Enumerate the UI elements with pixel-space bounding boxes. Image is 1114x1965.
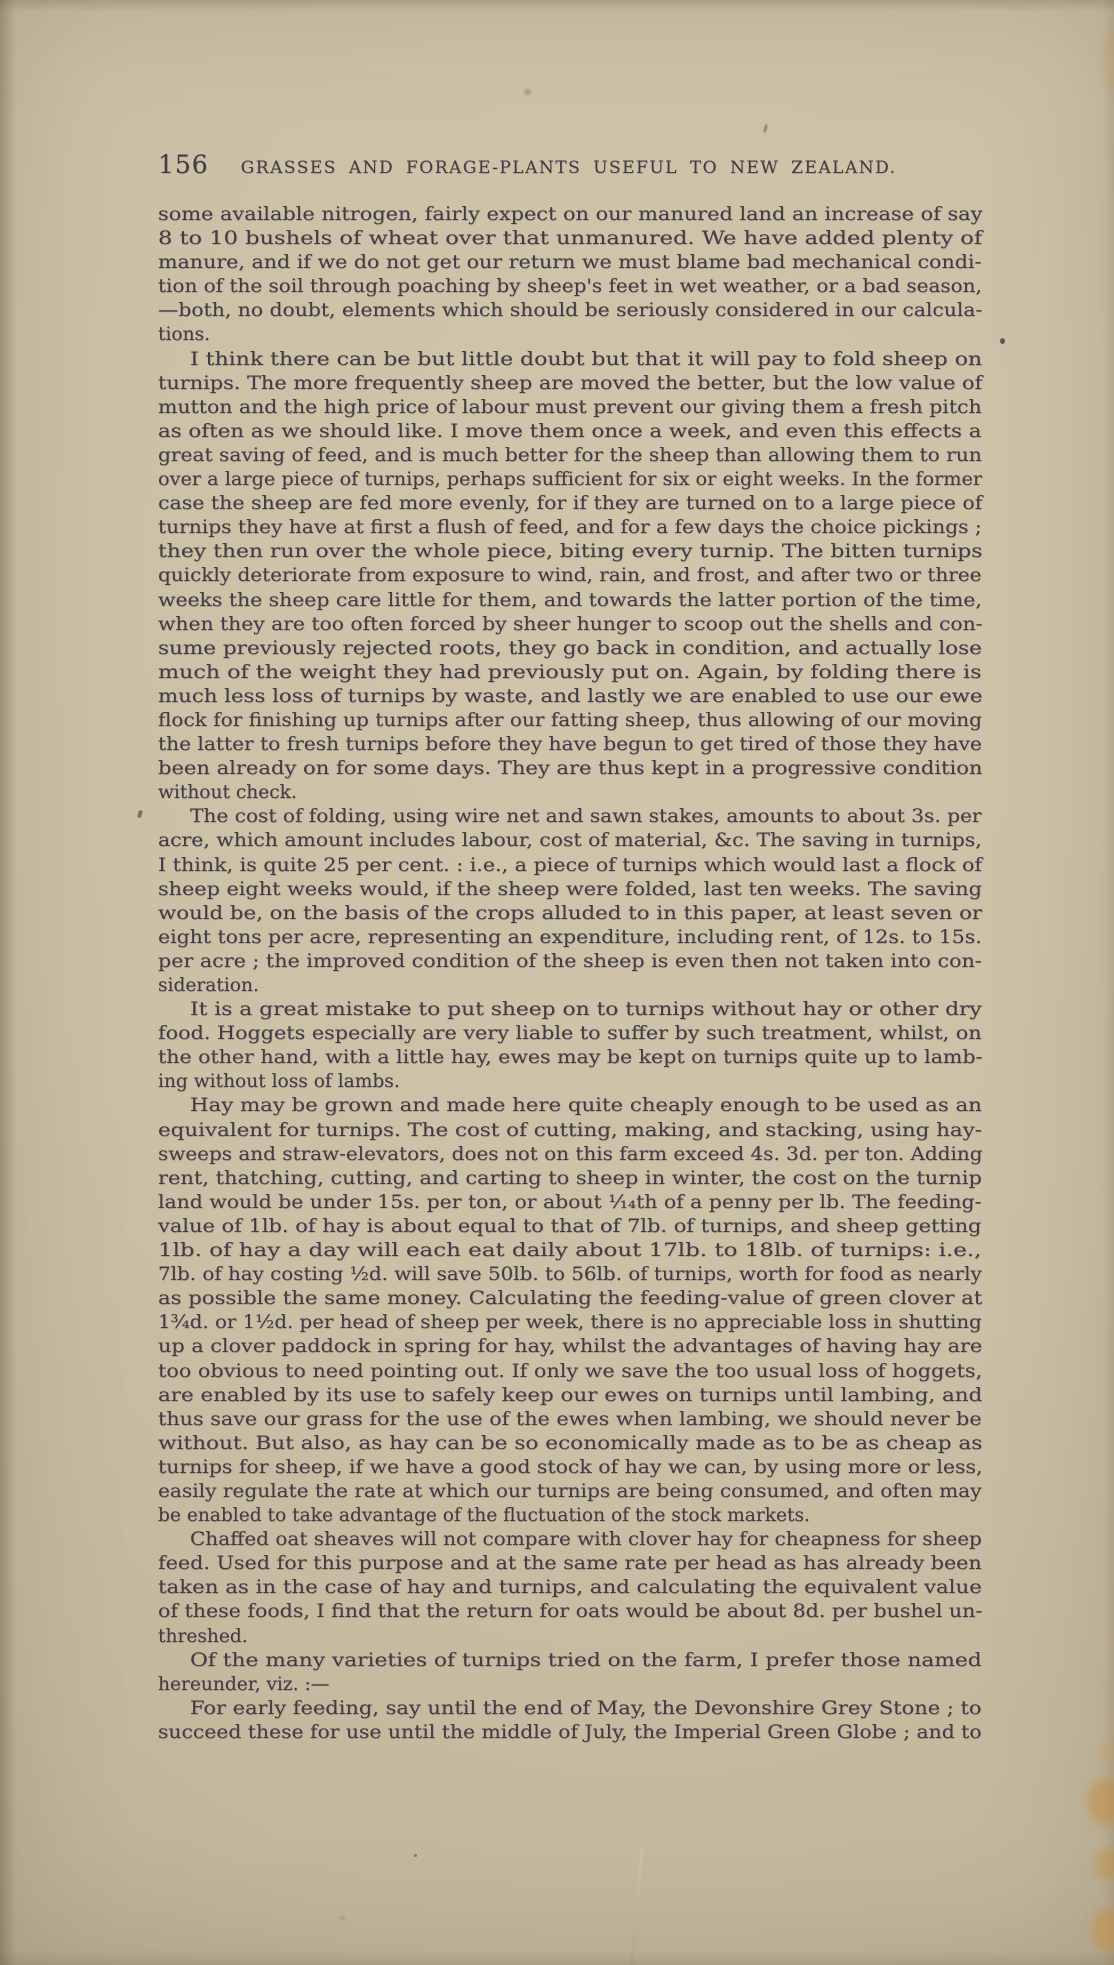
paper-speck: [524, 89, 531, 95]
text-line: —both, no doubt, elements which should b…: [158, 299, 982, 323]
page-content: 156 GRASSES AND FORAGE-PLANTS USEFUL TO …: [158, 150, 982, 1745]
foxing-spot: [1096, 1848, 1114, 1880]
text-line: rent, thatching, cutting, and carting to…: [158, 1167, 982, 1191]
paper-speck: [763, 124, 768, 133]
paragraph: Of the many varieties of turnips tried o…: [158, 1649, 982, 1697]
text-line: without. But also, as hay can be so econ…: [158, 1432, 982, 1456]
text-line: 1lb. of hay a day will each eat daily ab…: [158, 1239, 982, 1263]
paper-speck: [340, 1916, 345, 1920]
text-line: 7lb. of hay costing ½d. will save 50lb. …: [158, 1263, 982, 1287]
text-line: sume previously rejected roots, they go …: [158, 637, 982, 661]
text-line: turnips. The more frequently sheep are m…: [158, 372, 982, 396]
text-line: The cost of folding, using wire net and …: [158, 805, 982, 829]
text-line: Of the many varieties of turnips tried o…: [158, 1649, 982, 1673]
text-line: For early feeding, say until the end of …: [158, 1697, 982, 1721]
text-line: when they are too often forced by sheer …: [158, 613, 982, 637]
text-line: I think, is quite 25 per cent. : i.e., a…: [158, 854, 982, 878]
text-line: manure, and if we do not get our return …: [158, 251, 982, 275]
ink-speck: [137, 810, 143, 819]
paragraph: Chaffed oat sheaves will not compare wit…: [158, 1528, 982, 1648]
text-line: the latter to fresh turnips before they …: [158, 733, 982, 757]
page-header: 156 GRASSES AND FORAGE-PLANTS USEFUL TO …: [158, 150, 982, 179]
text-line: food. Hoggets especially are very liable…: [158, 1022, 982, 1046]
text-line: would be, on the basis of the crops allu…: [158, 902, 982, 926]
text-line: over a large piece of turnips, perhaps s…: [158, 468, 982, 492]
page-number: 156: [158, 150, 209, 179]
text-line: much less loss of turnips by waste, and …: [158, 685, 982, 709]
text-line: Chaffed oat sheaves will not compare wit…: [158, 1528, 982, 1552]
foxing-spot: [1088, 1778, 1114, 1826]
text-line: succeed these for use until the middle o…: [158, 1721, 982, 1745]
text-line: It is a great mistake to put sheep on to…: [158, 998, 982, 1022]
text-line: too obvious to need pointing out. If onl…: [158, 1360, 982, 1384]
text-line: acre, which amount includes labour, cost…: [158, 829, 982, 853]
text-line: are enabled by its use to safely keep ou…: [158, 1384, 982, 1408]
text-line: 8 to 10 bushels of wheat over that unman…: [158, 227, 982, 251]
text-line: the other hand, with a little hay, ewes …: [158, 1046, 982, 1070]
text-line: value of 1lb. of hay is about equal to t…: [158, 1215, 982, 1239]
text-line: been already on for some days. They are …: [158, 757, 982, 781]
text-line: equivalent for turnips. The cost of cutt…: [158, 1119, 982, 1143]
text-line: sweeps and straw-elevators, does not on …: [158, 1143, 982, 1167]
text-line: eight tons per acre, representing an exp…: [158, 926, 982, 950]
text-line: as possible the same money. Calculating …: [158, 1287, 982, 1311]
text-line: sheep eight weeks would, if the sheep we…: [158, 878, 982, 902]
text-line: quickly deteriorate from exposure to win…: [158, 564, 982, 588]
ink-speck: [1000, 338, 1005, 344]
foxing-spot: [1092, 1908, 1114, 1952]
text-line: they then run over the whole piece, biti…: [158, 540, 982, 564]
text-line: tions.: [158, 323, 982, 347]
text-line: Hay may be grown and made here quite che…: [158, 1094, 982, 1118]
page-body: some available nitrogen, fairly expect o…: [158, 203, 982, 1745]
text-line: taken as in the case of hay and turnips,…: [158, 1576, 982, 1600]
text-line: without check.: [158, 781, 982, 805]
paragraph: Hay may be grown and made here quite che…: [158, 1094, 982, 1528]
running-title: GRASSES AND FORAGE-PLANTS USEFUL TO NEW …: [241, 158, 897, 178]
text-line: up a clover paddock in spring for hay, w…: [158, 1335, 982, 1359]
text-line: some available nitrogen, fairly expect o…: [158, 203, 982, 227]
paper-crease: [631, 1848, 643, 1965]
text-line: much of the weight they had previously p…: [158, 661, 982, 685]
text-line: land would be under 15s. per ton, or abo…: [158, 1191, 982, 1215]
scanned-book-page: 156 GRASSES AND FORAGE-PLANTS USEFUL TO …: [0, 0, 1114, 1965]
text-line: as often as we should like. I move them …: [158, 420, 982, 444]
paragraph: I think there can be but little doubt bu…: [158, 348, 982, 806]
text-line: flock for finishing up turnips after our…: [158, 709, 982, 733]
text-line: turnips for sheep, if we have a good sto…: [158, 1456, 982, 1480]
text-line: tion of the soil through poaching by she…: [158, 275, 982, 299]
foxing-spot: [1100, 1742, 1114, 1762]
text-line: easily regulate the rate at which our tu…: [158, 1480, 982, 1504]
paragraph: The cost of folding, using wire net and …: [158, 805, 982, 998]
text-line: per acre ; the improved condition of the…: [158, 950, 982, 974]
text-line: hereunder, viz. :—: [158, 1673, 982, 1697]
text-line: of these foods, I find that the return f…: [158, 1600, 982, 1624]
paragraph: It is a great mistake to put sheep on to…: [158, 998, 982, 1094]
paper-speck: [414, 1854, 417, 1857]
text-line: thus save our grass for the use of the e…: [158, 1408, 982, 1432]
text-line: be enabled to take advantage of the fluc…: [158, 1504, 982, 1528]
paragraph: some available nitrogen, fairly expect o…: [158, 203, 982, 348]
text-line: threshed.: [158, 1625, 982, 1649]
foxing-spot: [1100, 30, 1114, 90]
text-line: sideration.: [158, 974, 982, 998]
text-line: I think there can be but little doubt bu…: [158, 348, 982, 372]
paragraph: For early feeding, say until the end of …: [158, 1697, 982, 1745]
text-line: 1¾d. or 1½d. per head of sheep per week,…: [158, 1311, 982, 1335]
text-line: turnips they have at first a flush of fe…: [158, 516, 982, 540]
text-line: ing without loss of lambs.: [158, 1070, 982, 1094]
text-line: feed. Used for this purpose and at the s…: [158, 1552, 982, 1576]
text-line: case the sheep are fed more evenly, for …: [158, 492, 982, 516]
text-line: mutton and the high price of labour must…: [158, 396, 982, 420]
text-line: weeks the sheep care little for them, an…: [158, 589, 982, 613]
text-line: great saving of feed, and is much better…: [158, 444, 982, 468]
